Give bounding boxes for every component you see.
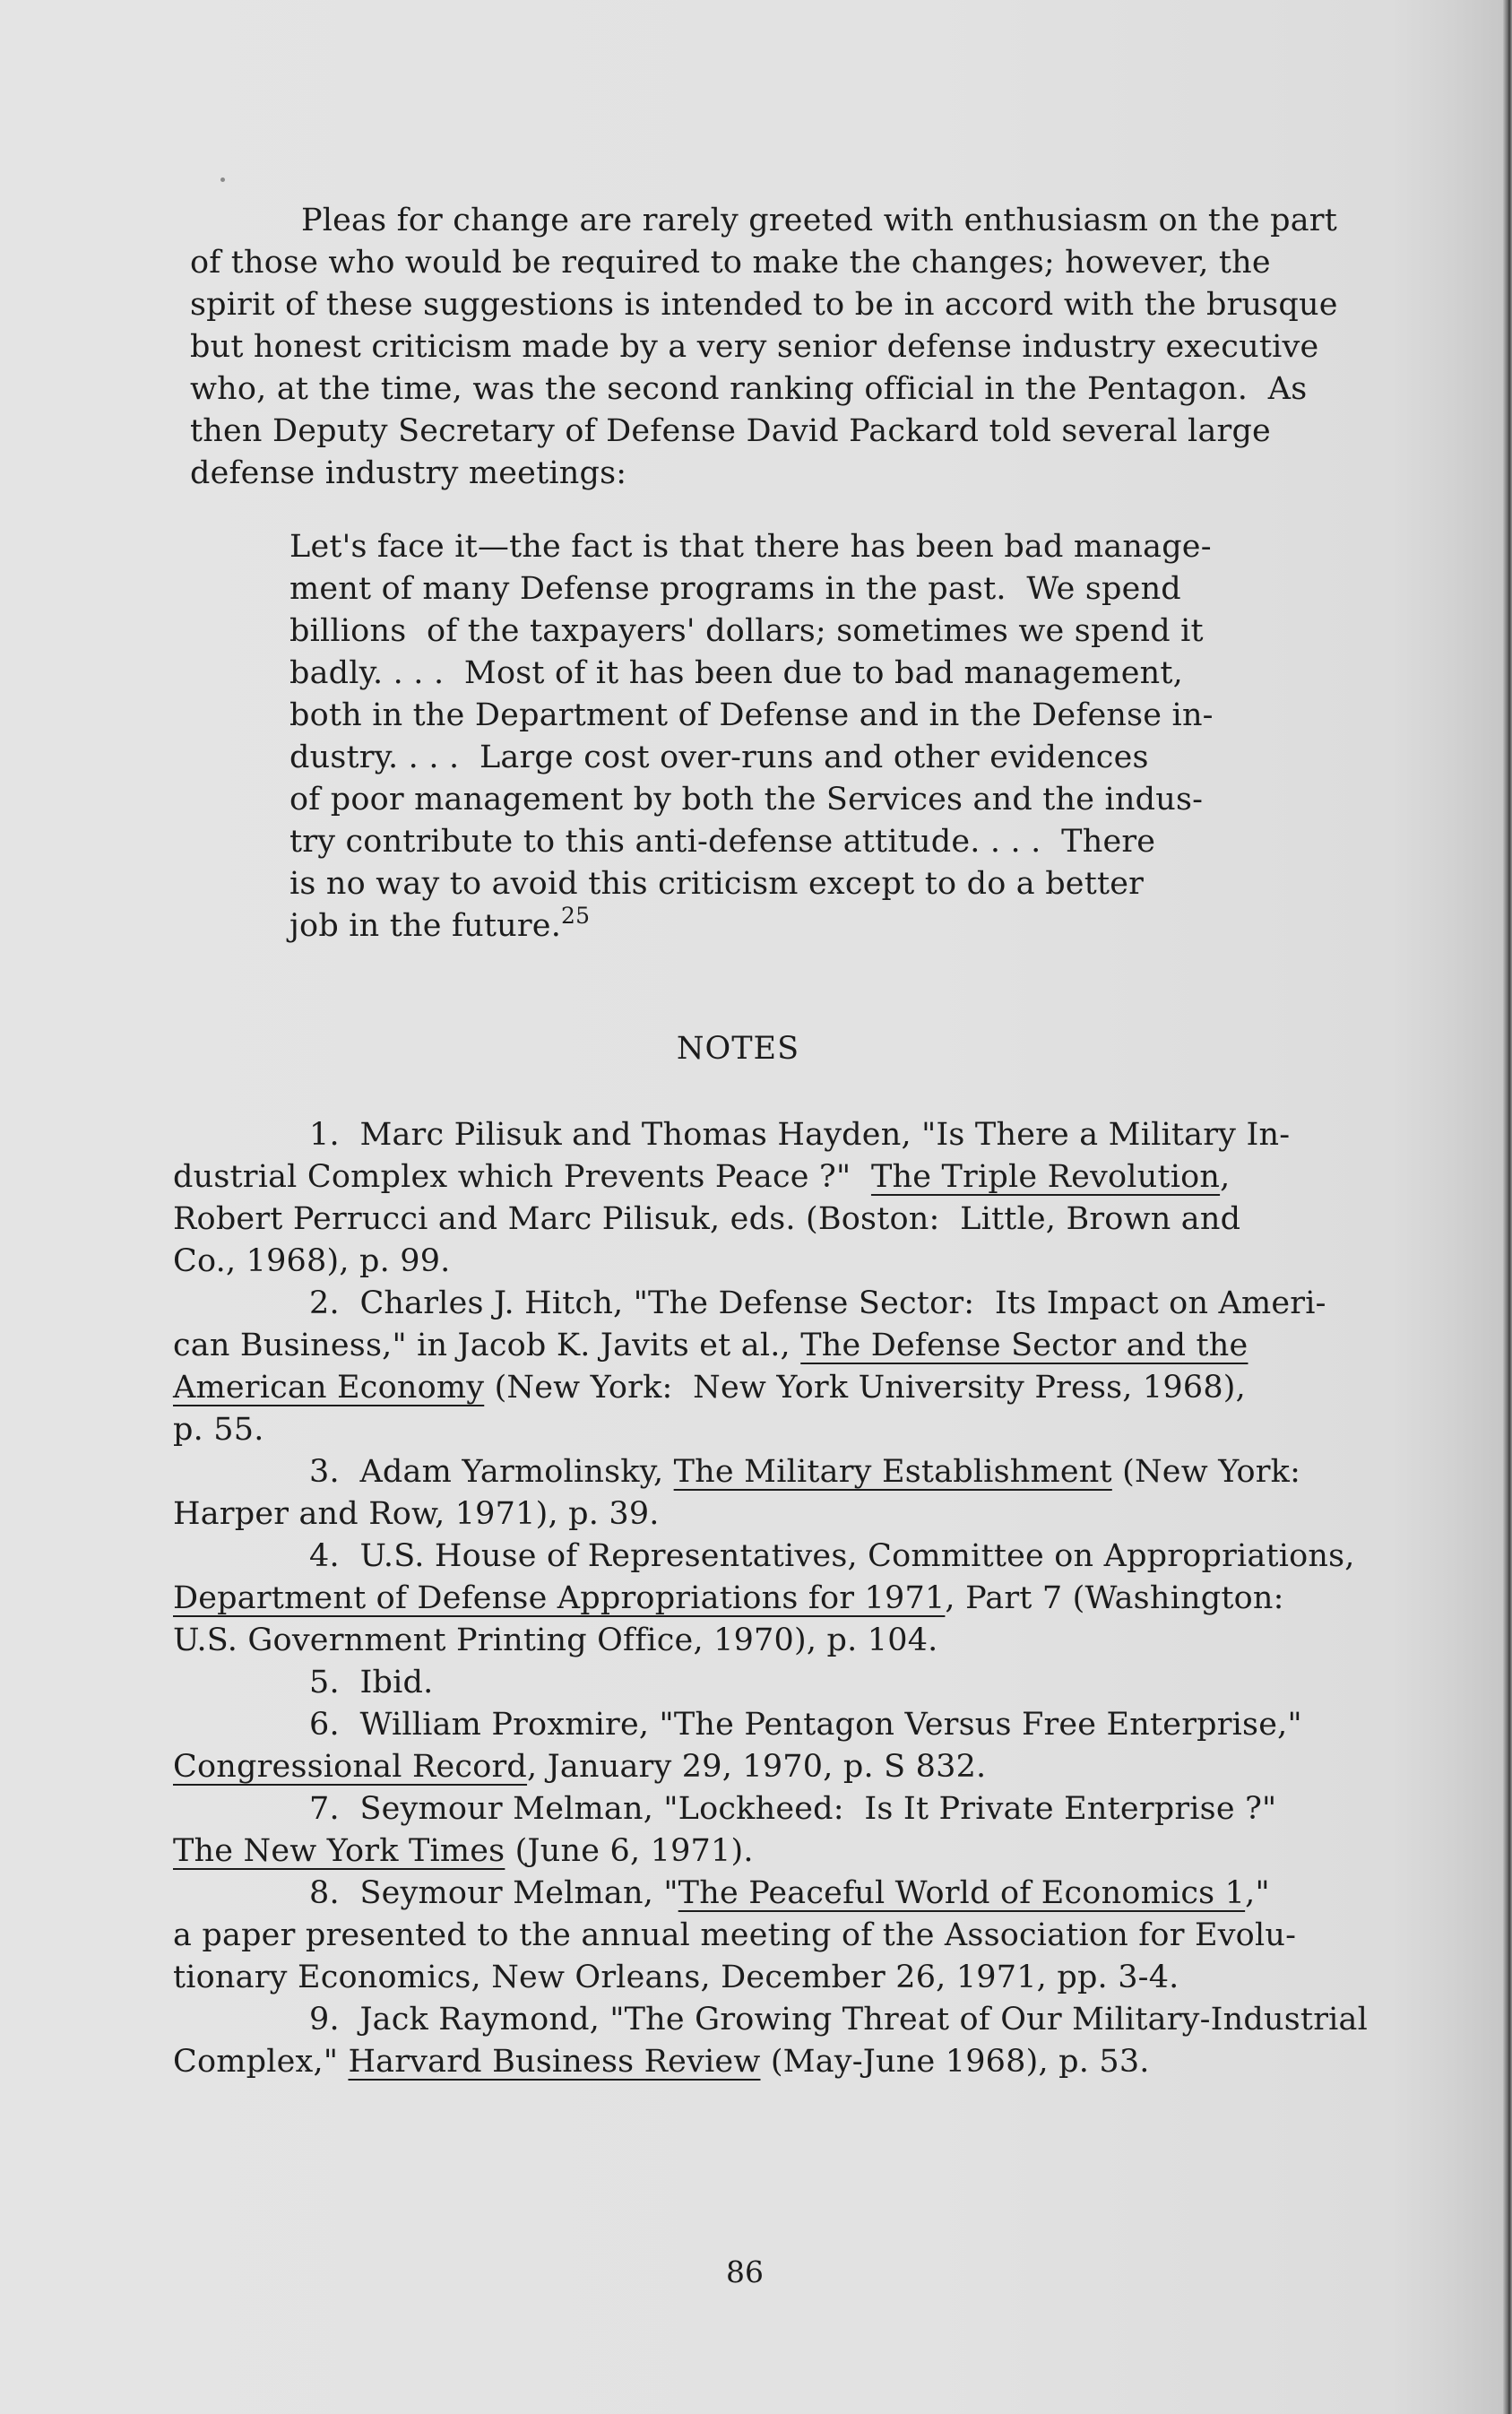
quote-line: of poor management by both the Services … [289, 779, 1338, 821]
note-number: 6. [309, 1707, 340, 1743]
note-number: 9. [309, 2002, 340, 2038]
cited-title: Department of Defense Appropriations for… [173, 1580, 945, 1616]
note-line: 9. Jack Raymond, "The Growing Threat of … [173, 1999, 1464, 2041]
note-text: Harper and Row, 1971), p. 39. [173, 1496, 660, 1532]
note-line: American Economy (New York: New York Uni… [173, 1367, 1464, 1409]
note-line: 4. U.S. House of Representatives, Commit… [173, 1536, 1464, 1578]
page-number: 86 [0, 2254, 1512, 2290]
document-page: Pleas for change are rarely greeted with… [0, 0, 1512, 2414]
note-item: 7. Seymour Melman, "Lockheed: Is It Priv… [173, 1788, 1464, 1873]
note-text: (June 6, 1971). [505, 1833, 753, 1869]
note-text: Co., 1968), p. 99. [173, 1243, 451, 1279]
notes-heading: NOTES [0, 1028, 1512, 1070]
note-line: 2. Charles J. Hitch, "The Defense Sector… [173, 1283, 1464, 1325]
notes-list: 1. Marc Pilisuk and Thomas Hayden, "Is T… [173, 1114, 1464, 2083]
intro-line: of those who would be required to make t… [190, 242, 1463, 284]
intro-paragraph: Pleas for change are rarely greeted with… [190, 200, 1463, 495]
note-line: 3. Adam Yarmolinsky, The Military Establ… [173, 1451, 1464, 1493]
note-text: Complex," [173, 2044, 348, 2080]
note-line: Robert Perrucci and Marc Pilisuk, eds. (… [173, 1198, 1464, 1241]
intro-line: Pleas for change are rarely greeted with… [190, 200, 1463, 242]
note-text: U.S. House of Representatives, Committee… [359, 1538, 1354, 1574]
cited-title: American Economy [173, 1370, 484, 1406]
note-line: 7. Seymour Melman, "Lockheed: Is It Priv… [173, 1788, 1464, 1830]
intro-line: defense industry meetings: [190, 453, 1463, 495]
quote-line: both in the Department of Defense and in… [289, 695, 1338, 737]
block-quote: Let's face it—the fact is that there has… [289, 526, 1338, 947]
note-item: 3. Adam Yarmolinsky, The Military Establ… [173, 1451, 1464, 1536]
note-number: 5. [309, 1665, 340, 1700]
note-line: Congressional Record, January 29, 1970, … [173, 1746, 1464, 1788]
note-item: 1. Marc Pilisuk and Thomas Hayden, "Is T… [173, 1114, 1464, 1283]
note-text: Marc Pilisuk and Thomas Hayden, "Is Ther… [359, 1117, 1290, 1153]
note-line: U.S. Government Printing Office, 1970), … [173, 1620, 1464, 1662]
intro-line: but honest criticism made by a very seni… [190, 326, 1463, 368]
note-line: Complex," Harvard Business Review (May-J… [173, 2041, 1464, 2083]
quote-line-text: job in the future. [289, 908, 561, 944]
note-number: 3. [309, 1454, 340, 1490]
cited-title: The Triple Revolution [871, 1159, 1220, 1195]
note-line: Harper and Row, 1971), p. 39. [173, 1493, 1464, 1536]
page-binding-edge [1503, 0, 1512, 2414]
intro-line: who, at the time, was the second ranking… [190, 368, 1463, 411]
note-text: ," [1245, 1875, 1270, 1911]
note-text: Jack Raymond, "The Growing Threat of Our… [359, 2002, 1368, 2038]
quote-line: billions of the taxpayers' dollars; some… [289, 610, 1338, 653]
note-number: 4. [309, 1538, 340, 1574]
note-item: 8. Seymour Melman, "The Peaceful World o… [173, 1873, 1464, 1999]
paper-speck [220, 177, 225, 182]
quote-last-line: job in the future.25 [289, 905, 1338, 947]
note-line: 8. Seymour Melman, "The Peaceful World o… [173, 1873, 1464, 1915]
quote-line: badly. . . . Most of it has been due to … [289, 653, 1338, 695]
note-text: , Part 7 (Washington: [945, 1580, 1283, 1616]
note-line: 1. Marc Pilisuk and Thomas Hayden, "Is T… [173, 1114, 1464, 1156]
note-number: 1. [309, 1117, 340, 1153]
note-number: 7. [309, 1791, 340, 1827]
footnote-reference: 25 [561, 903, 590, 929]
note-line: Department of Defense Appropriations for… [173, 1578, 1464, 1620]
note-item: 6. William Proxmire, "The Pentagon Versu… [173, 1704, 1464, 1788]
note-text: William Proxmire, "The Pentagon Versus F… [359, 1707, 1301, 1743]
note-line: Co., 1968), p. 99. [173, 1241, 1464, 1283]
intro-line: then Deputy Secretary of Defense David P… [190, 411, 1463, 453]
note-text: (May-June 1968), p. 53. [761, 2044, 1150, 2080]
note-line: p. 55. [173, 1409, 1464, 1451]
note-line: 6. William Proxmire, "The Pentagon Versu… [173, 1704, 1464, 1746]
note-line: 5. Ibid. [173, 1662, 1464, 1704]
cited-title: The New York Times [173, 1833, 505, 1869]
note-text: U.S. Government Printing Office, 1970), … [173, 1622, 937, 1658]
quote-line: is no way to avoid this criticism except… [289, 863, 1338, 905]
note-item: 2. Charles J. Hitch, "The Defense Sector… [173, 1283, 1464, 1451]
note-number: 8. [309, 1875, 340, 1911]
note-text: Robert Perrucci and Marc Pilisuk, eds. (… [173, 1201, 1240, 1237]
note-item: 5. Ibid. [173, 1662, 1464, 1704]
cited-title: Congressional Record [173, 1749, 527, 1785]
note-text: Seymour Melman, "Lockheed: Is It Private… [359, 1791, 1276, 1827]
note-text: (New York: New York University Press, 19… [484, 1370, 1246, 1406]
note-text: p. 55. [173, 1412, 264, 1448]
note-number: 2. [309, 1285, 340, 1321]
intro-line: spirit of these suggestions is intended … [190, 284, 1463, 326]
note-item: 4. U.S. House of Representatives, Commit… [173, 1536, 1464, 1662]
note-text: tionary Economics, New Orleans, December… [173, 1960, 1179, 1995]
note-line: tionary Economics, New Orleans, December… [173, 1957, 1464, 1999]
cited-title: The Defense Sector and the [800, 1328, 1248, 1363]
note-text: , [1220, 1159, 1230, 1195]
note-line: dustrial Complex which Prevents Peace ?"… [173, 1156, 1464, 1198]
note-text: a paper presented to the annual meeting … [173, 1917, 1296, 1953]
quote-line: Let's face it—the fact is that there has… [289, 526, 1338, 568]
note-line: a paper presented to the annual meeting … [173, 1915, 1464, 1957]
quote-line: ment of many Defense programs in the pas… [289, 568, 1338, 610]
cited-title: The Peaceful World of Economics 1 [678, 1875, 1245, 1911]
note-item: 9. Jack Raymond, "The Growing Threat of … [173, 1999, 1464, 2083]
cited-title: The Military Establishment [674, 1454, 1112, 1490]
note-text: Adam Yarmolinsky, [359, 1454, 673, 1490]
note-text: , January 29, 1970, p. S 832. [527, 1749, 986, 1785]
note-text: (New York: [1112, 1454, 1300, 1490]
note-text: can Business," in Jacob K. Javits et al.… [173, 1328, 800, 1363]
quote-line: dustry. . . . Large cost over-runs and o… [289, 737, 1338, 779]
note-line: can Business," in Jacob K. Javits et al.… [173, 1325, 1464, 1367]
note-text: dustrial Complex which Prevents Peace ?" [173, 1159, 871, 1195]
cited-title: Harvard Business Review [348, 2044, 760, 2080]
note-text: Charles J. Hitch, "The Defense Sector: I… [359, 1285, 1326, 1321]
note-text: Seymour Melman, " [359, 1875, 678, 1911]
quote-line: try contribute to this anti-defense atti… [289, 821, 1338, 863]
note-line: The New York Times (June 6, 1971). [173, 1830, 1464, 1873]
note-text: Ibid. [359, 1665, 433, 1700]
